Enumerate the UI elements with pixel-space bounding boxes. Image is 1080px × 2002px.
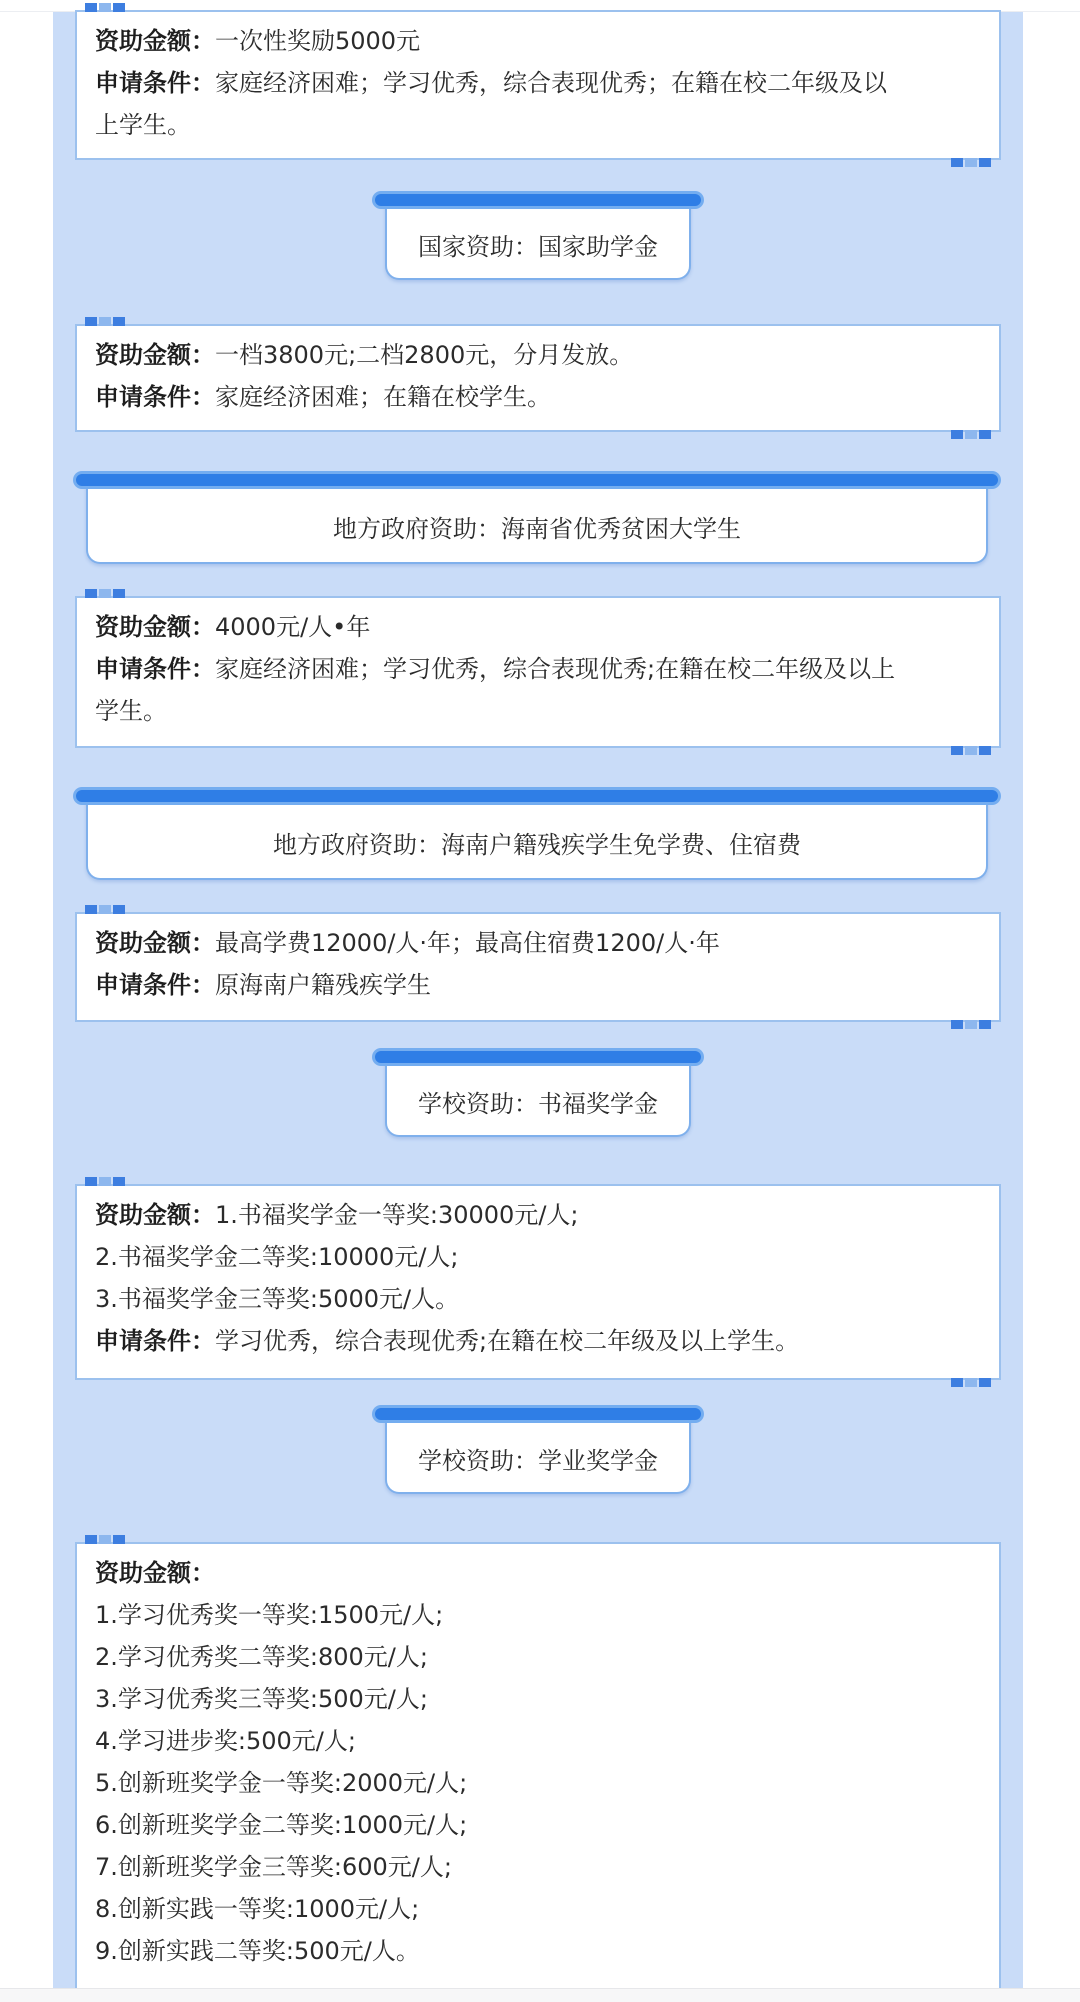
amount-line: 资助金额：4000元/人•年 bbox=[95, 606, 981, 648]
content-column: 资助金额：一次性奖励5000元 申请条件：家庭经济困难；学习优秀，综合表现优秀；… bbox=[53, 12, 1023, 1988]
condition-line: 申请条件：家庭经济困难；学习优秀，综合表现优秀；在籍在校二年级及以 bbox=[95, 62, 981, 104]
decor-dots-icon bbox=[85, 1177, 125, 1186]
amount-item: 7.创新班奖学金三等奖:600元/人; bbox=[95, 1846, 981, 1888]
amount-item: 8.创新实践一等奖:1000元/人; bbox=[95, 1888, 981, 1930]
amount-item: 5.创新班奖学金一等奖:2000元/人; bbox=[95, 1762, 981, 1804]
amount-line: 资助金额：1.书福奖学金一等奖:30000元/人; bbox=[95, 1194, 981, 1236]
info-box-academic-scholarship: 资助金额： 1.学习优秀奖一等奖:1500元/人; 2.学习优秀奖二等奖:800… bbox=[75, 1542, 1001, 2002]
info-box-national-grant: 资助金额：一档3800元;二档2800元，分月发放。 申请条件：家庭经济困难；在… bbox=[75, 324, 1001, 432]
section-header-academic-scholarship: 学校资助：学业奖学金 bbox=[385, 1416, 691, 1494]
section-header-disabled-student-exemption: 地方政府资助：海南户籍残疾学生免学费、住宿费 bbox=[86, 798, 988, 880]
bottom-divider bbox=[0, 1988, 1080, 2002]
decor-dots-icon bbox=[85, 905, 125, 914]
decor-dots-icon bbox=[951, 430, 991, 439]
amount-item: 9.创新实践二等奖:500元/人。 bbox=[95, 1930, 981, 1972]
amount-line: 资助金额：最高学费12000/人·年；最高住宿费1200/人·年 bbox=[95, 922, 981, 964]
condition-line: 申请条件：原海南户籍残疾学生 bbox=[95, 964, 981, 1006]
condition-line-cont: 上学生。 bbox=[95, 104, 981, 146]
amount-line: 资助金额：一次性奖励5000元 bbox=[95, 20, 981, 62]
condition-line: 申请条件：家庭经济困难；在籍在校学生。 bbox=[95, 376, 981, 418]
condition-line: 申请条件：家庭经济困难；学习优秀，综合表现优秀;在籍在校二年级及以上 bbox=[95, 648, 981, 690]
section-header-shufu-scholarship: 学校资助：书福奖学金 bbox=[385, 1059, 691, 1137]
info-box-excellent-poor-student-award: 资助金额：一次性奖励5000元 申请条件：家庭经济困难；学习优秀，综合表现优秀；… bbox=[75, 10, 1001, 160]
section-header-hainan-poor-student: 地方政府资助：海南省优秀贫困大学生 bbox=[86, 482, 988, 564]
decor-dots-icon bbox=[85, 589, 125, 598]
decor-dots-icon bbox=[85, 317, 125, 326]
amount-item: 1.学习优秀奖一等奖:1500元/人; bbox=[95, 1594, 981, 1636]
section-header-national-grant: 国家资助：国家助学金 bbox=[385, 202, 691, 280]
condition-line-cont: 学生。 bbox=[95, 690, 981, 732]
header-bar bbox=[375, 1051, 701, 1063]
amount-line: 资助金额： bbox=[95, 1552, 981, 1594]
decor-dots-icon bbox=[85, 3, 125, 12]
header-bar bbox=[375, 194, 701, 206]
amount-item: 2.书福奖学金二等奖:10000元/人; bbox=[95, 1236, 981, 1278]
info-box-shufu-scholarship: 资助金额：1.书福奖学金一等奖:30000元/人; 2.书福奖学金二等奖:100… bbox=[75, 1184, 1001, 1380]
decor-dots-icon bbox=[951, 158, 991, 167]
header-bar bbox=[76, 790, 998, 802]
info-box-disabled-student-exemption: 资助金额：最高学费12000/人·年；最高住宿费1200/人·年 申请条件：原海… bbox=[75, 912, 1001, 1022]
amount-item: 6.创新班奖学金二等奖:1000元/人; bbox=[95, 1804, 981, 1846]
amount-item: 3.书福奖学金三等奖:5000元/人。 bbox=[95, 1278, 981, 1320]
decor-dots-icon bbox=[951, 746, 991, 755]
decor-dots-icon bbox=[951, 1378, 991, 1387]
amount-line: 资助金额：一档3800元;二档2800元，分月发放。 bbox=[95, 334, 981, 376]
amount-item: 3.学习优秀奖三等奖:500元/人; bbox=[95, 1678, 981, 1720]
decor-dots-icon bbox=[951, 1020, 991, 1029]
amount-item: 2.学习优秀奖二等奖:800元/人; bbox=[95, 1636, 981, 1678]
header-bar bbox=[76, 474, 998, 486]
info-box-hainan-poor-student: 资助金额：4000元/人•年 申请条件：家庭经济困难；学习优秀，综合表现优秀;在… bbox=[75, 596, 1001, 748]
decor-dots-icon bbox=[85, 1535, 125, 1544]
condition-line: 申请条件：学习优秀，综合表现优秀;在籍在校二年级及以上学生。 bbox=[95, 1320, 981, 1362]
amount-item: 4.学习进步奖:500元/人; bbox=[95, 1720, 981, 1762]
header-bar bbox=[375, 1408, 701, 1420]
